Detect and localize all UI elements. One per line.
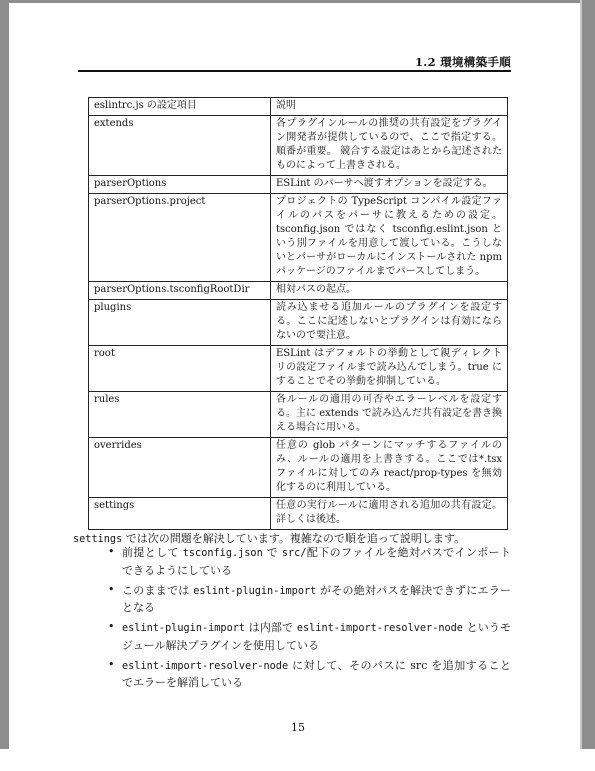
inline-code: settings	[73, 534, 122, 545]
table-body: extends各プラグインルールの推奨の共有設定をプラグイン開発者が提供している…	[89, 116, 508, 530]
text-run: では次の問題を解決しています。複雑なので順を追って説明します。	[122, 532, 465, 545]
bullet-icon: •	[108, 657, 115, 674]
page-number: 15	[88, 721, 508, 735]
text-run: 相対パスの起点。	[276, 284, 356, 295]
list-item: •前提として tsconfig.json で src/配下のファイルを絶対パスで…	[73, 545, 511, 579]
config-desc-cell: 任意の glob パターンにマッチするファイルのみ、ルールの適用を上書きする。こ…	[271, 438, 508, 498]
column-header-key: eslintrc.js の設定項目	[89, 98, 271, 116]
text-run: で	[263, 546, 282, 559]
list-item: •eslint-plugin-import は内部で eslint-import…	[73, 620, 511, 654]
bullet-icon: •	[108, 582, 115, 599]
config-key-cell: extends	[89, 116, 271, 176]
config-desc-cell: 相対パスの起点。	[271, 282, 508, 300]
table-row: parserOptions.tsconfigRootDir相対パスの起点。	[89, 282, 508, 300]
table-row: overrides任意の glob パターンにマッチするファイルのみ、ルールの適…	[89, 438, 508, 498]
heading-rule	[78, 70, 511, 72]
text-run: 各ルールの適用の可否やエラーレベルを設定する。主に extends で読み込んだ…	[276, 394, 502, 433]
text-run: 各プラグインルールの推奨の共有設定をプラグイン開発者が提供しているので、ここで指…	[276, 118, 502, 171]
config-key-cell: parserOptions.tsconfigRootDir	[89, 282, 271, 300]
text-run: 任意の実行ルールに適用される追加の共有設定。詳しくは後述。	[276, 500, 502, 525]
eslintrc-config-table: eslintrc.js の設定項目 説明 extends各プラグインルールの推奨…	[88, 97, 508, 530]
viewer-gutter-top	[0, 0, 595, 3]
config-desc-cell: 各ルールの適用の可否やエラーレベルを設定する。主に extends で読み込んだ…	[271, 392, 508, 438]
config-desc-cell: ESLint のパーサへ渡すオプションを設定する。	[271, 176, 508, 194]
inline-code: eslint-plugin-import	[122, 623, 245, 634]
config-desc-cell: 読み込ませる追加ルールのプラグインを設定する。ここに記述しないとプラグインは有効…	[271, 300, 508, 346]
text-run: 読み込ませる追加ルールのプラグインを設定する。ここに記述しないとプラグインは有効…	[276, 302, 502, 341]
list-item: •eslint-import-resolver-node に対して、そのパスに …	[73, 658, 511, 692]
text-run: ESLint のパーサへ渡すオプションを設定する。	[276, 178, 493, 189]
inline-code: src/	[282, 548, 307, 559]
section-heading: 1.2 環境構築手順	[78, 55, 511, 69]
bullet-icon: •	[108, 619, 115, 636]
table-row: rootESLint はデフォルトの挙動として親ディレクトリの設定ファイルまで読…	[89, 346, 508, 392]
table-header-row: eslintrc.js の設定項目 説明	[89, 98, 508, 116]
config-desc-cell: ESLint はデフォルトの挙動として親ディレクトリの設定ファイルまで読み込んで…	[271, 346, 508, 392]
bullet-icon: •	[108, 544, 115, 561]
text-run: ESLint はデフォルトの挙動として親ディレクトリの設定ファイルまで読み込んで…	[276, 348, 502, 387]
settings-bullet-list: •前提として tsconfig.json で src/配下のファイルを絶対パスで…	[73, 545, 511, 695]
config-desc-cell: 各プラグインルールの推奨の共有設定をプラグイン開発者が提供しているので、ここで指…	[271, 116, 508, 176]
table-row: extends各プラグインルールの推奨の共有設定をプラグイン開発者が提供している…	[89, 116, 508, 176]
config-key-cell: overrides	[89, 438, 271, 498]
config-key-cell: parserOptions	[89, 176, 271, 194]
table-row: rules各ルールの適用の可否やエラーレベルを設定する。主に extends で…	[89, 392, 508, 438]
inline-code: eslint-import-resolver-node	[297, 623, 463, 634]
config-desc-cell: プロジェクトの TypeScript コンパイル設定ファイルのパスをパーサに教え…	[271, 194, 508, 282]
column-header-desc: 説明	[271, 98, 508, 116]
inline-code: eslint-plugin-import	[193, 586, 316, 597]
table-row: plugins読み込ませる追加ルールのプラグインを設定する。ここに記述しないとプ…	[89, 300, 508, 346]
config-desc-cell: 任意の実行ルールに適用される追加の共有設定。詳しくは後述。	[271, 498, 508, 530]
config-key-cell: plugins	[89, 300, 271, 346]
viewer-gutter-right	[580, 0, 595, 749]
config-key-cell: root	[89, 346, 271, 392]
text-run: 任意の glob パターンにマッチするファイルのみ、ルールの適用を上書きする。こ…	[276, 440, 502, 493]
list-item: •このままでは eslint-plugin-import がその絶対パスを解決で…	[73, 583, 511, 617]
table-header: eslintrc.js の設定項目 説明	[89, 98, 508, 116]
text-run: 前提として	[122, 546, 183, 559]
config-key-cell: rules	[89, 392, 271, 438]
table-row: parserOptions.projectプロジェクトの TypeScript …	[89, 194, 508, 282]
text-run: このままでは	[122, 584, 193, 597]
config-key-cell: settings	[89, 498, 271, 530]
inline-code: tsconfig.json	[183, 548, 263, 559]
viewer-gutter-left	[0, 0, 9, 749]
text-run: プロジェクトの TypeScript コンパイル設定ファイルのパスをパーサに教え…	[276, 196, 502, 277]
table-row: settings任意の実行ルールに適用される追加の共有設定。詳しくは後述。	[89, 498, 508, 530]
text-run: は内部で	[245, 621, 297, 634]
table-row: parserOptionsESLint のパーサへ渡すオプションを設定する。	[89, 176, 508, 194]
inline-code: eslint-import-resolver-node	[122, 661, 288, 672]
config-key-cell: parserOptions.project	[89, 194, 271, 282]
